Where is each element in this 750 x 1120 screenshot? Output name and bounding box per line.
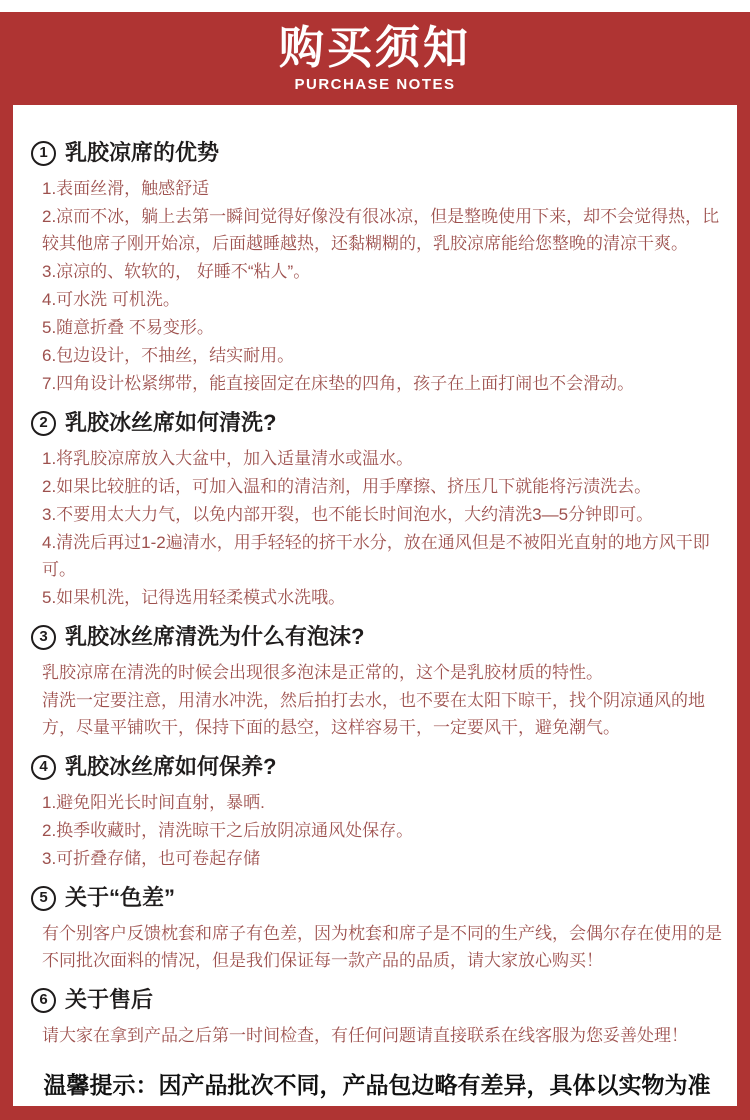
top-white-strip	[0, 0, 750, 12]
section-number: 5	[39, 884, 47, 912]
page-title: 购买须知	[279, 25, 471, 70]
section-item: 2.换季收藏时，清洗晾干之后放阴凉通风处保存。	[42, 817, 723, 844]
section-number-badge: 4	[31, 755, 56, 780]
section-item: 2.凉而不冰，躺上去第一瞬间觉得好像没有很冰凉，但是整晚使用下来，却不会觉得热，…	[42, 203, 723, 257]
section-title: 关于“色差”	[65, 884, 175, 912]
section-header: 6 关于售后	[31, 986, 723, 1014]
section-item: 4.清洗后再过1-2遍清水，用手轻轻的挤干水分，放在通风但是不被阳光直射的地方风…	[42, 529, 723, 583]
section-item: 请大家在拿到产品之后第一时间检查，有任何问题请直接联系在线客服为您妥善处理！	[42, 1022, 723, 1049]
section-item: 6.包边设计，不抽丝，结实耐用。	[42, 342, 723, 369]
section-number: 3	[39, 623, 47, 651]
section: 4 乳胶冰丝席如何保养? 1.避免阳光长时间直射，暴晒. 2.换季收藏时，清洗晾…	[31, 753, 723, 872]
section-item: 1.表面丝滑，触感舒适	[42, 175, 723, 202]
section-items: 1.将乳胶凉席放入大盆中，加入适量清水或温水。 2.如果比较脏的话，可加入温和的…	[31, 445, 723, 611]
section-number-badge: 5	[31, 886, 56, 911]
section: 1 乳胶凉席的优势 1.表面丝滑，触感舒适 2.凉而不冰，躺上去第一瞬间觉得好像…	[31, 139, 723, 397]
bottom-red-strip	[0, 1106, 750, 1120]
section: 6 关于售后 请大家在拿到产品之后第一时间检查，有任何问题请直接联系在线客服为您…	[31, 986, 723, 1049]
section-item: 1.将乳胶凉席放入大盆中，加入适量清水或温水。	[42, 445, 723, 472]
section-number: 2	[39, 409, 47, 437]
section-items: 1.表面丝滑，触感舒适 2.凉而不冰，躺上去第一瞬间觉得好像没有很冰凉，但是整晚…	[31, 175, 723, 397]
section-item: 3.不要用太大力气，以免内部开裂，也不能长时间泡水，大约清洗3—5分钟即可。	[42, 501, 723, 528]
section-header: 2 乳胶冰丝席如何清洗?	[31, 409, 723, 437]
section-number: 4	[39, 753, 47, 781]
section-number-badge: 3	[31, 625, 56, 650]
footer-tip: 温馨提示：因产品批次不同，产品包边略有差异，具体以实物为准	[31, 1071, 723, 1101]
section-items: 有个别客户反馈枕套和席子有色差，因为枕套和席子是不同的生产线，会偶尔存在使用的是…	[31, 920, 723, 974]
section-number: 1	[39, 139, 47, 167]
section-item: 3.凉凉的、软软的， 好睡不“粘人”。	[42, 258, 723, 285]
section-items: 1.避免阳光长时间直射，暴晒. 2.换季收藏时，清洗晾干之后放阴凉通风处保存。 …	[31, 789, 723, 872]
section-item: 2.如果比较脏的话，可加入温和的清洁剂，用手摩擦、挤压几下就能将污渍洗去。	[42, 473, 723, 500]
section-header: 5 关于“色差”	[31, 884, 723, 912]
content-card: 1 乳胶凉席的优势 1.表面丝滑，触感舒适 2.凉而不冰，躺上去第一瞬间觉得好像…	[13, 105, 737, 1106]
header-banner: 购买须知 PURCHASE NOTES	[0, 12, 750, 105]
section-item: 清洗一定要注意，用清水冲洗，然后拍打去水，也不要在太阳下晾干，找个阴凉通风的地方…	[42, 687, 723, 741]
section-item: 5.如果机洗，记得选用轻柔模式水洗哦。	[42, 584, 723, 611]
section-title: 乳胶凉席的优势	[65, 139, 219, 167]
section-number: 6	[39, 986, 47, 1014]
section: 3 乳胶冰丝席清洗为什么有泡沫? 乳胶凉席在清洗的时候会出现很多泡沫是正常的，这…	[31, 623, 723, 741]
section-item: 7.四角设计松紧绑带，能直接固定在床垫的四角，孩子在上面打闹也不会滑动。	[42, 370, 723, 397]
section: 2 乳胶冰丝席如何清洗? 1.将乳胶凉席放入大盆中，加入适量清水或温水。 2.如…	[31, 409, 723, 611]
purchase-notes-page: 购买须知 PURCHASE NOTES 1 乳胶凉席的优势 1.表面丝滑，触感舒…	[0, 0, 750, 1120]
section-item: 3.可折叠存储，也可卷起存储	[42, 845, 723, 872]
section-item: 4.可水洗 可机洗。	[42, 286, 723, 313]
section-items: 乳胶凉席在清洗的时候会出现很多泡沫是正常的，这个是乳胶材质的特性。 清洗一定要注…	[31, 659, 723, 741]
page-subtitle: PURCHASE NOTES	[294, 77, 455, 92]
section: 5 关于“色差” 有个别客户反馈枕套和席子有色差，因为枕套和席子是不同的生产线，…	[31, 884, 723, 974]
section-title: 乳胶冰丝席如何保养?	[65, 753, 276, 781]
section-title: 乳胶冰丝席如何清洗?	[65, 409, 276, 437]
section-number-badge: 6	[31, 988, 56, 1013]
sections-list: 1 乳胶凉席的优势 1.表面丝滑，触感舒适 2.凉而不冰，躺上去第一瞬间觉得好像…	[31, 139, 723, 1049]
section-item: 有个别客户反馈枕套和席子有色差，因为枕套和席子是不同的生产线，会偶尔存在使用的是…	[42, 920, 723, 974]
section-item: 5.随意折叠 不易变形。	[42, 314, 723, 341]
section-item: 1.避免阳光长时间直射，暴晒.	[42, 789, 723, 816]
section-header: 3 乳胶冰丝席清洗为什么有泡沫?	[31, 623, 723, 651]
section-number-badge: 2	[31, 411, 56, 436]
section-header: 4 乳胶冰丝席如何保养?	[31, 753, 723, 781]
section-header: 1 乳胶凉席的优势	[31, 139, 723, 167]
section-title: 乳胶冰丝席清洗为什么有泡沫?	[65, 623, 364, 651]
section-number-badge: 1	[31, 141, 56, 166]
section-items: 请大家在拿到产品之后第一时间检查，有任何问题请直接联系在线客服为您妥善处理！	[31, 1022, 723, 1049]
section-title: 关于售后	[65, 986, 153, 1014]
section-item: 乳胶凉席在清洗的时候会出现很多泡沫是正常的，这个是乳胶材质的特性。	[42, 659, 723, 686]
